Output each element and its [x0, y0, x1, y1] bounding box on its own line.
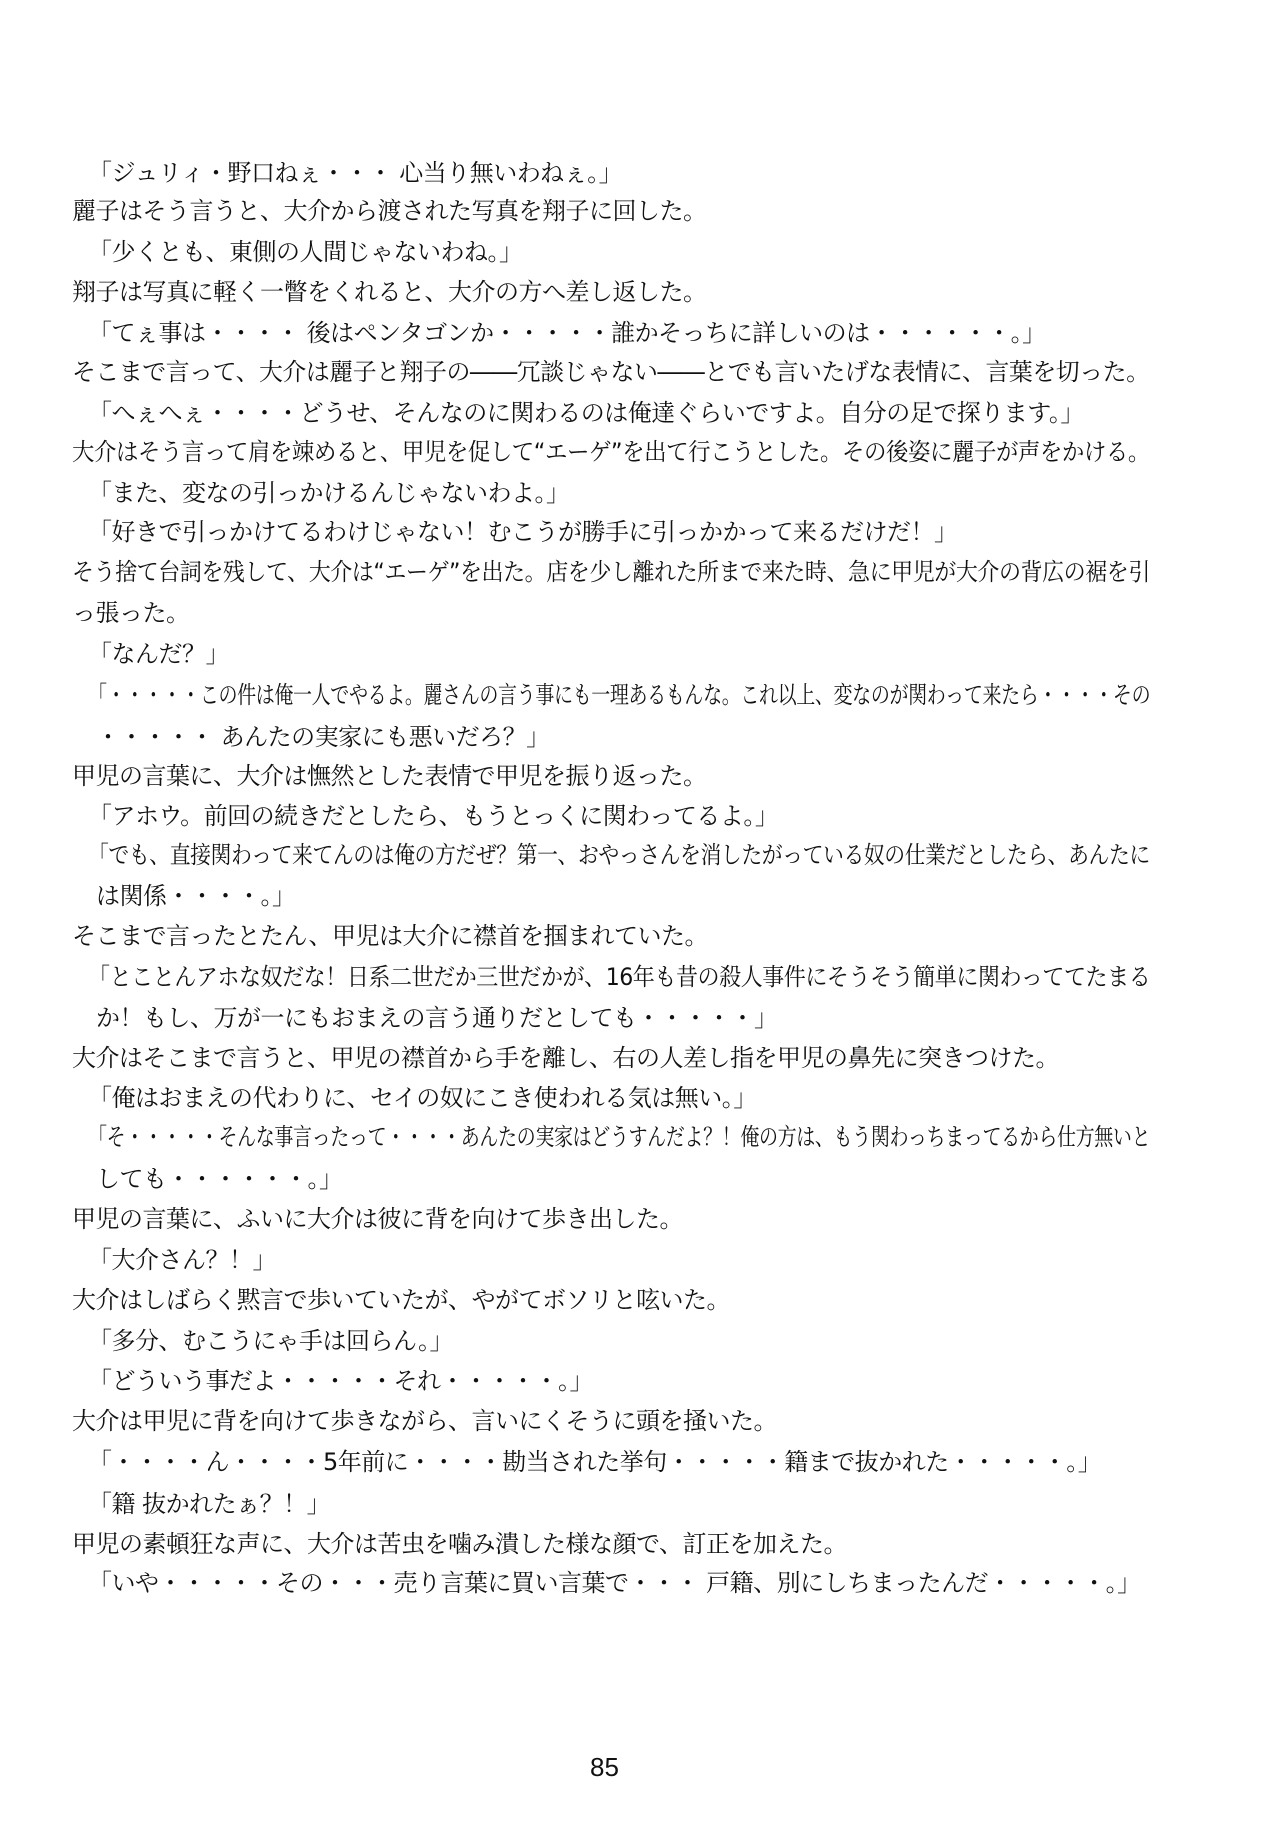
page-number: 85 [590, 1752, 619, 1783]
dialogue-line: 「とことんアホな奴だな！日系二世だか三世だかが、16年も昔の殺人事件にそうそう簡… [88, 962, 1150, 992]
dialogue-line: 「そ・・・・・そんな事言ったって・・・・あんたの実家はどうすんだよ？！俺の方は、… [88, 1122, 1150, 1152]
narration-line: 大介はしばらく黙言で歩いていたが、やがてボソリと呟いた。 [72, 1285, 730, 1315]
dialogue-line: 「アホウ。前回の続きだとしたら、もうとっくに関わってるよ。」 [88, 801, 778, 831]
dialogue-continuation: は関係・・・・。」 [96, 881, 296, 911]
dialogue-line: 「でも、直接関わって来てんのは俺の方だぜ？第一、おやっさんを消したがっている奴の… [88, 840, 1150, 870]
dialogue-continuation: ・・・・・ あんたの実家にも悪いだろ？」 [96, 722, 550, 752]
narration-line: そこまで言って、大介は麗子と翔子の――冗談じゃない――とでも言いたげな表情に、言… [72, 357, 1150, 387]
narration-line: そこまで言ったとたん、甲児は大介に襟首を掴まれていた。 [72, 921, 708, 951]
dialogue-line: 「てぇ事は・・・・ 後はペンタゴンか・・・・・誰かそっちに詳しいのは・・・・・・… [88, 318, 1046, 348]
dialogue-line: 「好きで引っかけてるわけじゃない！むこうが勝手に引っかかって来るだけだ！」 [88, 517, 958, 547]
dialogue-line: 「・・・・・この件は俺一人でやるよ。麗さんの言う事にも一理あるもんな。これ以上、… [88, 680, 1150, 710]
manuscript-page: 「ジュリィ・野口ねぇ・・・ 心当り無いわねぇ。」 麗子はそう言うと、大介から渡さ… [0, 0, 1280, 1841]
dialogue-line: 「また、変なの引っかけるんじゃないわよ。」 [88, 478, 570, 508]
dialogue-line: 「ジュリィ・野口ねぇ・・・ 心当り無いわねぇ。」 [88, 158, 622, 188]
narration-line: そう捨て台詞を残して、大介は“エーゲ”を出た。店を少し離れた所まで来た時、急に甲… [72, 557, 1150, 587]
narration-line: 甲児の素頓狂な声に、大介は苦虫を噛み潰した様な顔で、訂正を加えた。 [72, 1529, 847, 1559]
dialogue-line: 「少くとも、東側の人間じゃないわね。」 [88, 237, 523, 267]
narration-line: 大介はそう言って肩を竦めると、甲児を促して“エーゲ”を出て行こうとした。その後姿… [72, 437, 1150, 467]
dialogue-line: 「多分、むこうにゃ手は回らん。」 [88, 1326, 453, 1356]
dialogue-line: 「なんだ？」 [88, 639, 229, 669]
narration-line: 麗子はそう言うと、大介から渡された写真を翔子に回した。 [72, 196, 707, 226]
narration-line: 甲児の言葉に、大介は憮然とした表情で甲児を振り返った。 [72, 761, 707, 791]
dialogue-line: 「大介さん？！」 [88, 1245, 276, 1275]
dialogue-continuation: か！もし、万が一にもおまえの言う通りだとしても・・・・・」 [96, 1003, 778, 1033]
narration-line: 翔子は写真に軽く一瞥をくれると、大介の方へ差し返した。 [72, 277, 707, 307]
narration-line: 大介は甲児に背を向けて歩きながら、言いにくそうに頭を掻いた。 [72, 1406, 777, 1436]
dialogue-continuation: しても・・・・・・。」 [96, 1164, 343, 1194]
narration-continuation: っ張った。 [72, 598, 190, 628]
dialogue-line: 「俺はおまえの代わりに、セイの奴にこき使われる気は無い。」 [88, 1083, 757, 1113]
dialogue-line: 「へぇへぇ・・・・どうせ、そんなのに関わるのは俺達ぐらいですよ。自分の足で探りま… [88, 398, 1084, 428]
narration-line: 大介はそこまで言うと、甲児の襟首から手を離し、右の人差し指を甲児の鼻先に突きつけ… [72, 1043, 1059, 1073]
dialogue-line: 「いや・・・・・その・・・売り言葉に買い言葉で・・・ 戸籍、別にしちまったんだ・… [88, 1568, 1141, 1598]
dialogue-line: 「籍 抜かれたぁ？！」 [88, 1489, 330, 1519]
dialogue-line: 「どういう事だよ・・・・・それ・・・・・。」 [88, 1366, 593, 1396]
dialogue-line: 「・・・・ん・・・・5年前に・・・・勘当された挙句・・・・・籍まで抜かれた・・・… [88, 1447, 1101, 1477]
narration-line: 甲児の言葉に、ふいに大介は彼に背を向けて歩き出した。 [72, 1204, 683, 1234]
